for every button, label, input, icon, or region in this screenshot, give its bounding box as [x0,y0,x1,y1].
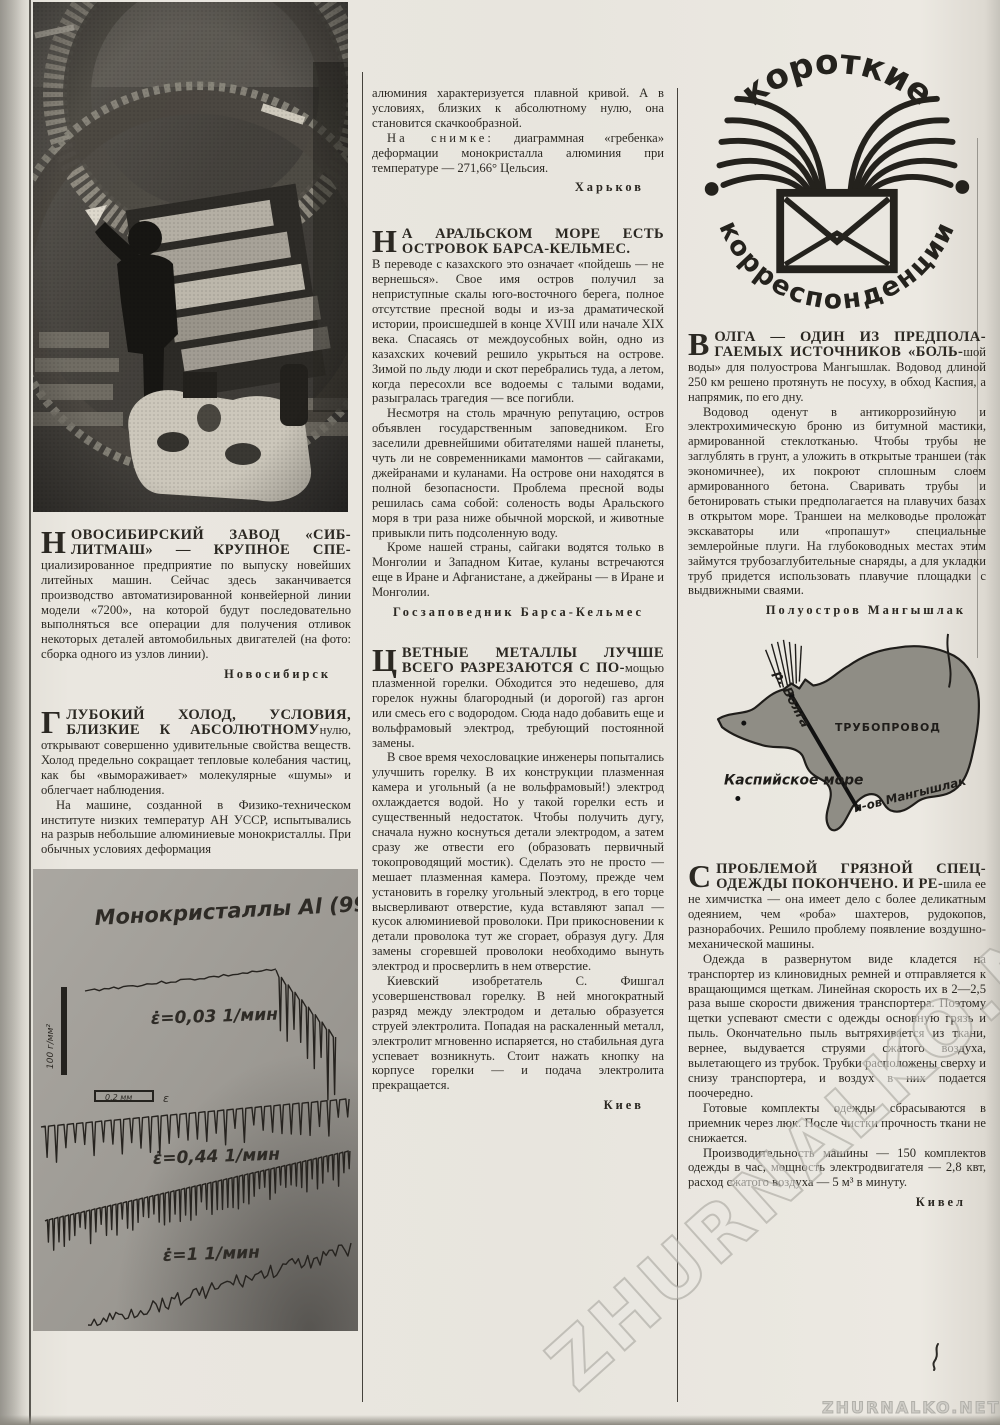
caspian-map-image: р. Волга трубопровод Каспийское море п-о… [688,628,986,856]
column-divider-left [362,72,363,1402]
vertical-scale-label: 100 г/мм² [46,1024,56,1069]
article-lead: А АРАЛЬСКОМ МОРЕ ЕСТЬ ОСТРОВОК БАРСА-КЕЛ… [402,226,664,257]
article-workwear-machine: СПРОБЛЕМОЙ ГРЯЗНОЙ СПЕЦ-ОДЕЖДЫ ПОКОНЧЕНО… [688,862,986,1210]
column-divider-right [677,88,678,1402]
envelope-icon [780,193,894,269]
strain-chart-image: Монокристаллы Al (99,5%) 1,46°K ε̇=0,03 … [33,869,358,1331]
drop-cap: Н [41,528,71,555]
logo-right-dot-icon [955,180,969,194]
article-text: циализированное предприятие по выпуску н… [41,558,351,661]
strain-chart-photo: Монокристаллы Al (99,5%) 1,46°K ε̇=0,03 … [33,869,351,1331]
article-paragraph: ГЛУБОКИЙ ХОЛОД, УСЛОВИЯ, БЛИЗКИЕ К АБСОЛ… [41,708,351,797]
chart-curve-label-3: ε̇=1 1/мин [162,1243,260,1266]
article-volga-pipeline: ВОЛГА — ОДИН ИЗ ПРЕДПОЛА-ГАЕМЫХ ИСТОЧНИК… [688,330,986,618]
wing-left-icon [719,99,823,197]
article-lead: ОВОСИБИРСКИЙ ЗАВОД «СИБ-ЛИТМАШ» — КРУПНО… [71,527,351,558]
article-signature: Новосибирск [41,667,331,682]
left-column: НОВОСИБИРСКИЙ ЗАВОД «СИБ-ЛИТМАШ» — КРУПН… [33,0,351,1331]
article-signature: Харьков [372,180,644,195]
article-paragraph: На снимке: диаграммная «гребенка» деформ… [372,131,664,176]
middle-column: алюминия характеризуется плавной кривой.… [372,0,664,1113]
article-paragraph: Водовод оденут в антикоррозийную и элект… [688,405,986,599]
factory-photo-image [33,2,348,512]
drop-cap: Г [41,708,66,735]
article-paragraph: В переводе с казахского это означает «по… [372,257,664,406]
article-deep-cold-continuation: алюминия характеризуется плавной кривой.… [372,86,664,195]
article-signature: Кивел [688,1195,966,1210]
rubric-logo: короткие корреспонденции [690,44,986,328]
article-lead: ЛУБОКИЙ ХОЛОД, УСЛОВИЯ, БЛИЗКИЕ К АБСОЛЮ… [66,707,351,738]
right-column: короткие корреспонденции [688,0,986,1210]
spine-shadow [0,0,29,1425]
site-watermark-corner: ZHURNALKO.NET [822,1398,1000,1417]
article-paragraph: Одежда в развернутом виде кладется на тр… [688,952,986,1101]
article-paragraph: алюминия характеризуется плавной кривой.… [372,86,664,131]
vertical-scale-bar [61,987,67,1075]
article-paragraph: НА АРАЛЬСКОМ МОРЕ ЕСТЬ ОСТРОВОК БАРСА-КЕ… [372,227,664,257]
article-paragraph: ЦВЕТНЫЕ МЕТАЛЛЫ ЛУЧШЕ ВСЕГО РАЗРЕЗАЮТСЯ … [372,646,664,750]
logo-left-dot-icon [705,182,719,196]
drop-cap: Ц [372,646,402,673]
article-novosibirsk-plant: НОВОСИБИРСКИЙ ЗАВОД «СИБ-ЛИТМАШ» — КРУПН… [41,528,351,682]
horizontal-scale-label: 0,2 мм [105,1093,132,1102]
magazine-page: НОВОСИБИРСКИЙ ЗАВОД «СИБ-ЛИТМАШ» — КРУПН… [0,0,1000,1425]
land-mass [718,647,979,831]
ink-mark [928,1342,944,1372]
drop-cap: Н [372,227,402,254]
article-lead: ОЛГА — ОДИН ИЗ ПРЕДПОЛА-ГАЕМЫХ ИСТОЧНИКО… [714,329,986,360]
axis-symbol: ε [163,1092,169,1105]
caption-label: На снимке: [387,131,494,145]
map-label-sea: Каспийское море [724,773,863,789]
article-paragraph: Киевский изобретатель С. Фишгал усоверше… [372,974,664,1093]
article-paragraph: ВОЛГА — ОДИН ИЗ ПРЕДПОЛА-ГАЕМЫХ ИСТОЧНИК… [688,330,986,405]
article-paragraph: Производительность машины — 150 комплект… [688,1146,986,1191]
article-paragraph: Несмотря на столь мрачную репутацию, ост… [372,406,664,540]
spine-rule [29,0,31,1425]
map-label-pipeline: трубопровод [835,721,941,734]
article-deep-cold: ГЛУБОКИЙ ХОЛОД, УСЛОВИЯ, БЛИЗКИЕ К АБСОЛ… [41,708,351,857]
article-paragraph: СПРОБЛЕМОЙ ГРЯЗНОЙ СПЕЦ-ОДЕЖДЫ ПОКОНЧЕНО… [688,862,986,951]
winged-envelope-logo: короткие корреспонденции [690,44,984,328]
article-paragraph: В свое время чехословацкие инженеры попы… [372,750,664,974]
article-signature: Госзаповедник Барса-Кельмес [372,605,644,620]
drop-cap: С [688,862,716,889]
article-paragraph: Готовые комплекты одежды сбрасываются в … [688,1101,986,1146]
article-paragraph: Кроме нашей страны, сайгаки водятся толь… [372,540,664,600]
article-paragraph: НОВОСИБИРСКИЙ ЗАВОД «СИБ-ЛИТМАШ» — КРУПН… [41,528,351,662]
article-signature: Полуостров Мангышлак [688,603,966,618]
article-barsa-kelmes: НА АРАЛЬСКОМ МОРЕ ЕСТЬ ОСТРОВОК БАРСА-КЕ… [372,227,664,620]
article-plasma-torch: ЦВЕТНЫЕ МЕТАЛЛЫ ЛУЧШЕ ВСЕГО РАЗРЕЗАЮТСЯ … [372,646,664,1113]
article-paragraph: На машине, созданной в Физико-техническо… [41,798,351,858]
factory-photo [33,2,351,512]
article-signature: Киев [372,1098,644,1113]
wing-right-icon [851,99,955,197]
drop-cap: В [688,330,714,357]
caspian-map: р. Волга трубопровод Каспийское море п-о… [688,628,986,856]
